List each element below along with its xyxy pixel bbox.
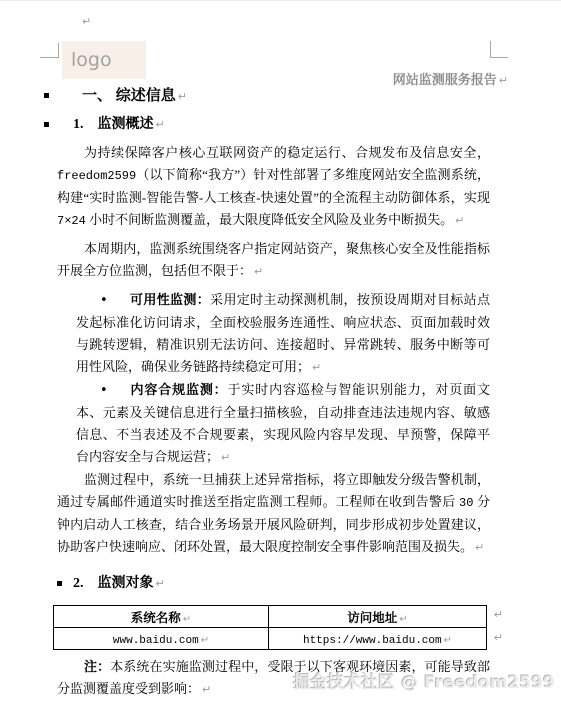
bullet-label: 可用性监测：	[130, 292, 210, 307]
table-header-row: 系统名称↵ 访问地址↵	[54, 606, 487, 628]
bullet-content-compliance-monitoring: •内容合规监测：于实时内容巡检与智能识别能力，对页面文本、元素及关键信息进行全量…	[57, 379, 490, 469]
cell-end-mark: ↵	[201, 635, 209, 646]
heading-bullet-marker	[44, 93, 49, 98]
paragraph-alert-process: 监测过程中，系统一旦捕获上述异常指标，将立即触发分级告警机制，通过专属邮件通道实…	[57, 469, 490, 559]
cell-system-name: www.baidu.com↵	[54, 628, 269, 650]
cell-end-mark: ↵	[183, 614, 191, 625]
paragraph-mark: ↵	[202, 683, 211, 696]
heading-sub-monitor-summary: 1. 监测概述↵	[57, 114, 490, 136]
bullet-dot-icon: •	[100, 293, 108, 308]
paragraph-mark: ↵	[221, 451, 230, 464]
monitor-target-table-wrap: 系统名称↵ 访问地址↵ www.baidu.com↵ https://www.b…	[53, 605, 486, 650]
cell-text: www.baidu.com	[113, 635, 199, 647]
table-header-url: 访问地址↵	[269, 606, 487, 628]
heading-text: 2. 监测对象	[57, 573, 154, 595]
paragraph-mark: ↵	[499, 74, 508, 87]
heading-text: 1. 监测概述	[57, 114, 154, 136]
paragraph-mark: ↵	[312, 361, 321, 374]
paragraph-mark: ↵	[254, 265, 263, 278]
page-root: { "marks": { "pilcrow": "↵", "bullet": "…	[0, 0, 561, 703]
row-end-mark: ↵	[494, 631, 503, 644]
logo-text: logo	[71, 49, 112, 71]
document-body: 一、 综述信息↵ 1. 监测概述↵ 为持续保障客户核心互联网资产的稳定运行、合规…	[57, 85, 490, 701]
header-cell-text: 系统名称	[131, 611, 181, 625]
note-label: 注：	[84, 659, 110, 674]
cell-end-mark: ↵	[444, 635, 452, 646]
paragraph-mark: ↵	[82, 15, 91, 28]
bullet-label: 内容合规监测：	[130, 382, 228, 397]
bullet-dot-icon: •	[100, 383, 108, 398]
text-boundary-mark-top-left-icon	[40, 43, 59, 58]
paragraph-text: 本周期内，监测系统围绕客户指定网站资产，聚焦核心安全及性能指标开展全方位监测，包…	[57, 241, 490, 278]
paragraph-scope: 本周期内，监测系统围绕客户指定网站资产，聚焦核心安全及性能指标开展全方位监测，包…	[57, 238, 490, 283]
paragraph-mark: ↵	[455, 214, 464, 227]
paragraph-mark: ↵	[475, 541, 484, 554]
cell-end-mark: ↵	[399, 614, 407, 625]
table-row: www.baidu.com↵ https://www.baidu.com↵	[54, 628, 487, 650]
paragraph-mark: ↵	[156, 577, 165, 590]
inline-number: 30	[459, 496, 473, 510]
row-end-mark: ↵	[494, 608, 503, 621]
cell-text: https://www.baidu.com	[303, 635, 442, 647]
heading-bullet-marker	[44, 122, 49, 127]
text-boundary-mark-top-right-icon	[490, 41, 508, 58]
paragraph-text: 小时不间断监测覆盖，最大限度降低安全风险及业务中断损失。	[86, 212, 453, 227]
logo: logo	[62, 41, 146, 79]
paragraph-text: 监测过程中，系统一旦捕获上述异常指标，将立即触发分级告警机制，通过专属邮件通道实…	[57, 472, 490, 509]
header-cell-text: 访问地址	[347, 611, 397, 625]
heading-sub-monitor-targets: 2. 监测对象↵	[57, 573, 490, 595]
paragraph-mark: ↵	[156, 118, 165, 131]
inline-code-brand: freedom2599	[57, 169, 136, 183]
table-header-system-name: 系统名称↵	[54, 606, 269, 628]
paragraph-text: 为持续保障客户核心互联网资产的稳定运行、合规发布及信息安全，	[84, 145, 490, 160]
paragraph-mark: ↵	[178, 90, 187, 103]
cell-url: https://www.baidu.com↵	[269, 628, 487, 650]
watermark: 掘金技术社区 @ Freedom2599	[293, 668, 555, 693]
monitor-target-table: 系统名称↵ 访问地址↵ www.baidu.com↵ https://www.b…	[53, 605, 487, 650]
inline-number: 7×24	[57, 214, 86, 228]
paragraph-overview: 为持续保障客户核心互联网资产的稳定运行、合规发布及信息安全，freedom259…	[57, 142, 490, 232]
heading-text: 一、 综述信息	[57, 85, 176, 107]
document-page: ↵ logo 网站监测服务报告↵ 一、 综述信息↵ 1. 监测概述↵ 为持续保障…	[0, 0, 561, 703]
heading-section-overview: 一、 综述信息↵	[57, 85, 490, 108]
heading-bullet-marker	[57, 581, 62, 586]
bullet-availability-monitoring: •可用性监测：采用定时主动探测机制，按预设周期对目标站点发起标准化访问请求，全面…	[57, 289, 490, 379]
